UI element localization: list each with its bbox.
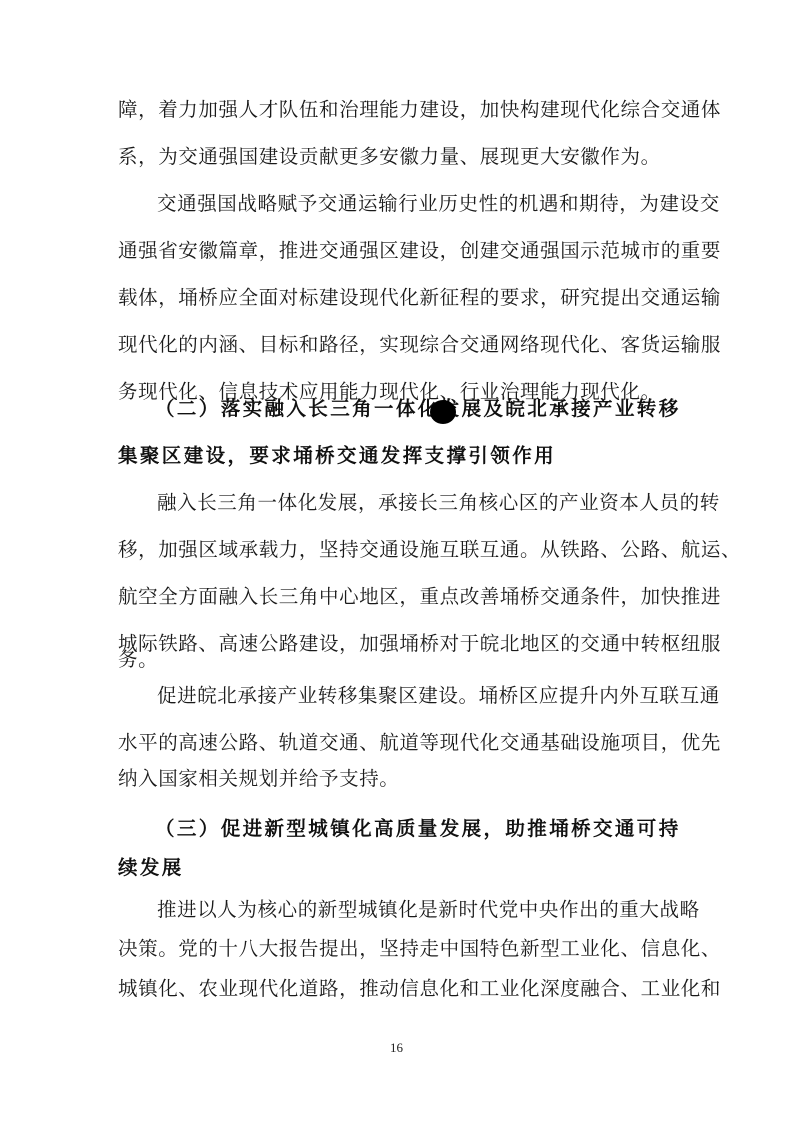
document-page: 障，着力加强人才队伍和治理能力建设，加快构建现代化综合交通体 系，为交通强国建设…: [0, 0, 793, 1122]
page-number: 16: [0, 1040, 793, 1056]
section-heading: 续发展: [118, 856, 678, 880]
body-line: 水平的高速公路、轨道交通、航道等现代化交通基础设施项目，优先: [118, 731, 678, 755]
body-line: 系，为交通强国建设贡献更多安徽力量、展现更大安徽作为。: [118, 145, 678, 169]
body-line: 推进以人为核心的新型城镇化是新时代党中央作出的重大战略: [157, 898, 717, 922]
body-line: 载体，埇桥应全面对标建设现代化新征程的要求，研究提出交通运输: [118, 286, 678, 310]
body-line: 城镇化、农业现代化道路，推动信息化和工业化深度融合、工业化和: [118, 977, 678, 1001]
body-line: 纳入国家相关规划并给予支持。: [118, 767, 678, 791]
body-line: 移，加强区域承载力，坚持交通设施互联互通。从铁路、公路、航运、: [118, 538, 678, 562]
body-line: 促进皖北承接产业转移集聚区建设。埇桥区应提升内外互联互通: [157, 684, 717, 708]
body-line: 融入长三角一体化发展，承接长三角核心区的产业资本人员的转: [157, 491, 717, 515]
body-line: 航空全方面融入长三角中心地区，重点改善埇桥交通条件，加快推进: [118, 585, 678, 609]
body-line: 务。: [118, 648, 678, 672]
body-line: 现代化的内涵、目标和路径，实现综合交通网络现代化、客货运输服: [118, 333, 678, 357]
section-heading: （三）促进新型城镇化高质量发展，助推埇桥交通可持: [155, 817, 715, 841]
body-line: 障，着力加强人才队伍和治理能力建设，加快构建现代化综合交通体: [118, 98, 678, 122]
section-heading: 集聚区建设，要求埇桥交通发挥支撑引领作用: [118, 444, 678, 468]
body-line: 通强省安徽篇章，推进交通强区建设，创建交通强国示范城市的重要: [118, 239, 678, 263]
ink-blot-mark: [430, 400, 456, 424]
body-line: 决策。党的十八大报告提出，坚持走中国特色新型工业化、信息化、: [118, 937, 678, 961]
body-line: 交通强国战略赋予交通运输行业历史性的机遇和期待，为建设交: [157, 192, 717, 216]
